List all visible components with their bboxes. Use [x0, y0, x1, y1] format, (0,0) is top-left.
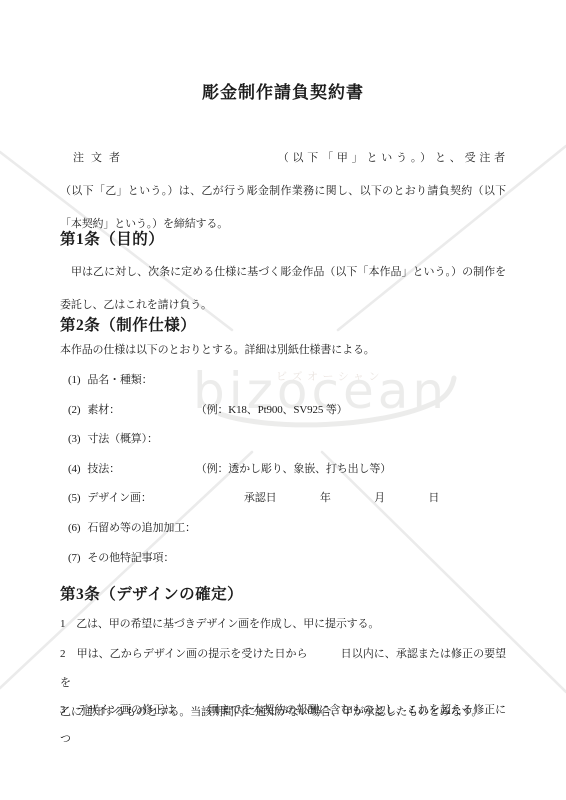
- spec-item-6-number: (6): [68, 522, 80, 534]
- article-3-clause-1: 1 乙は、甲の希望に基づきデザイン画を作成し、甲に提示する。: [60, 610, 506, 639]
- spec-item-3-text: 寸法（概算）：: [87, 433, 157, 445]
- specification-item-list: (1)品名・種類： (2)素材： （例：K18、Pt900、SV925 等） (…: [60, 366, 506, 573]
- spec-item-1: (1)品名・種類：: [60, 366, 506, 396]
- article-1-line-1: 甲は乙に対し、次条に定める仕様に基づく彫金作品（以下「本作品」という。）の制作を: [60, 256, 506, 289]
- spec-item-5: (5)デザイン画： 承認日 年 月 日: [60, 484, 506, 514]
- article-3-heading: 第3条（デザインの確定）: [60, 585, 506, 605]
- spec-item-4: (4)技法： （例：透かし彫り、象嵌、打ち出し等）: [60, 455, 506, 485]
- spec-item-1-text: 品名・種類：: [87, 374, 152, 386]
- spec-item-6: (6)石留め等の追加加工：: [60, 514, 506, 544]
- contract-document-page: ビズオーシャン bizocean 彫金制作請負契約書 注文者 （以下「甲」という…: [0, 0, 566, 800]
- article-2-intro: 本作品の仕様は以下のとおりとする。詳細は別紙仕様書による。: [60, 340, 506, 360]
- spec-item-6-text: 石留め等の追加加工：: [87, 522, 196, 534]
- party-a-clause: （以下「甲」という。）と、受注者: [278, 142, 509, 175]
- orderer-label: 注文者: [60, 142, 127, 175]
- spec-item-5-text: デザイン画： 承認日 年 月 日: [87, 492, 439, 504]
- article-3-clause-2-line-1: 2 甲は、乙からデザイン画の提示を受けた日から 日以内に、承認または修正の要望を: [60, 640, 506, 698]
- spec-item-5-number: (5): [68, 492, 80, 504]
- spec-item-4-text: 技法： （例：透かし彫り、象嵌、打ち出し等）: [87, 463, 391, 475]
- intro-paragraph: 注文者 （以下「甲」という。）と、受注者 （以下「乙」という。）は、乙が行う彫金…: [60, 142, 506, 241]
- intro-line-2: （以下「乙」という。）は、乙が行う彫金制作業務に関し、以下のとおり請負契約（以下: [60, 175, 506, 208]
- spec-item-7-number: (7): [68, 552, 80, 564]
- spec-item-7: (7)その他特記事項：: [60, 544, 506, 574]
- spec-item-2: (2)素材： （例：K18、Pt900、SV925 等）: [60, 396, 506, 426]
- page-title: 彫金制作請負契約書: [0, 78, 566, 103]
- spec-item-2-number: (2): [68, 404, 80, 416]
- article-1-body: 甲は乙に対し、次条に定める仕様に基づく彫金作品（以下「本作品」という。）の制作を…: [60, 256, 506, 322]
- spec-item-3-number: (3): [68, 433, 80, 445]
- spec-item-3: (3)寸法（概算）：: [60, 425, 506, 455]
- spec-item-7-text: その他特記事項：: [87, 552, 174, 564]
- article-2-heading: 第2条（制作仕様）: [60, 316, 506, 336]
- spec-item-4-number: (4): [68, 463, 80, 475]
- spec-item-1-number: (1): [68, 374, 80, 386]
- article-1-heading: 第1条（目的）: [60, 230, 506, 250]
- spec-item-2-text: 素材： （例：K18、Pt900、SV925 等）: [87, 404, 347, 416]
- intro-line-parties: 注文者 （以下「甲」という。）と、受注者: [60, 142, 506, 175]
- article-3-clause-3: 3 デザイン画の修正は 回までを本契約の報酬に含むものとし、これを超える修正につ: [60, 696, 506, 754]
